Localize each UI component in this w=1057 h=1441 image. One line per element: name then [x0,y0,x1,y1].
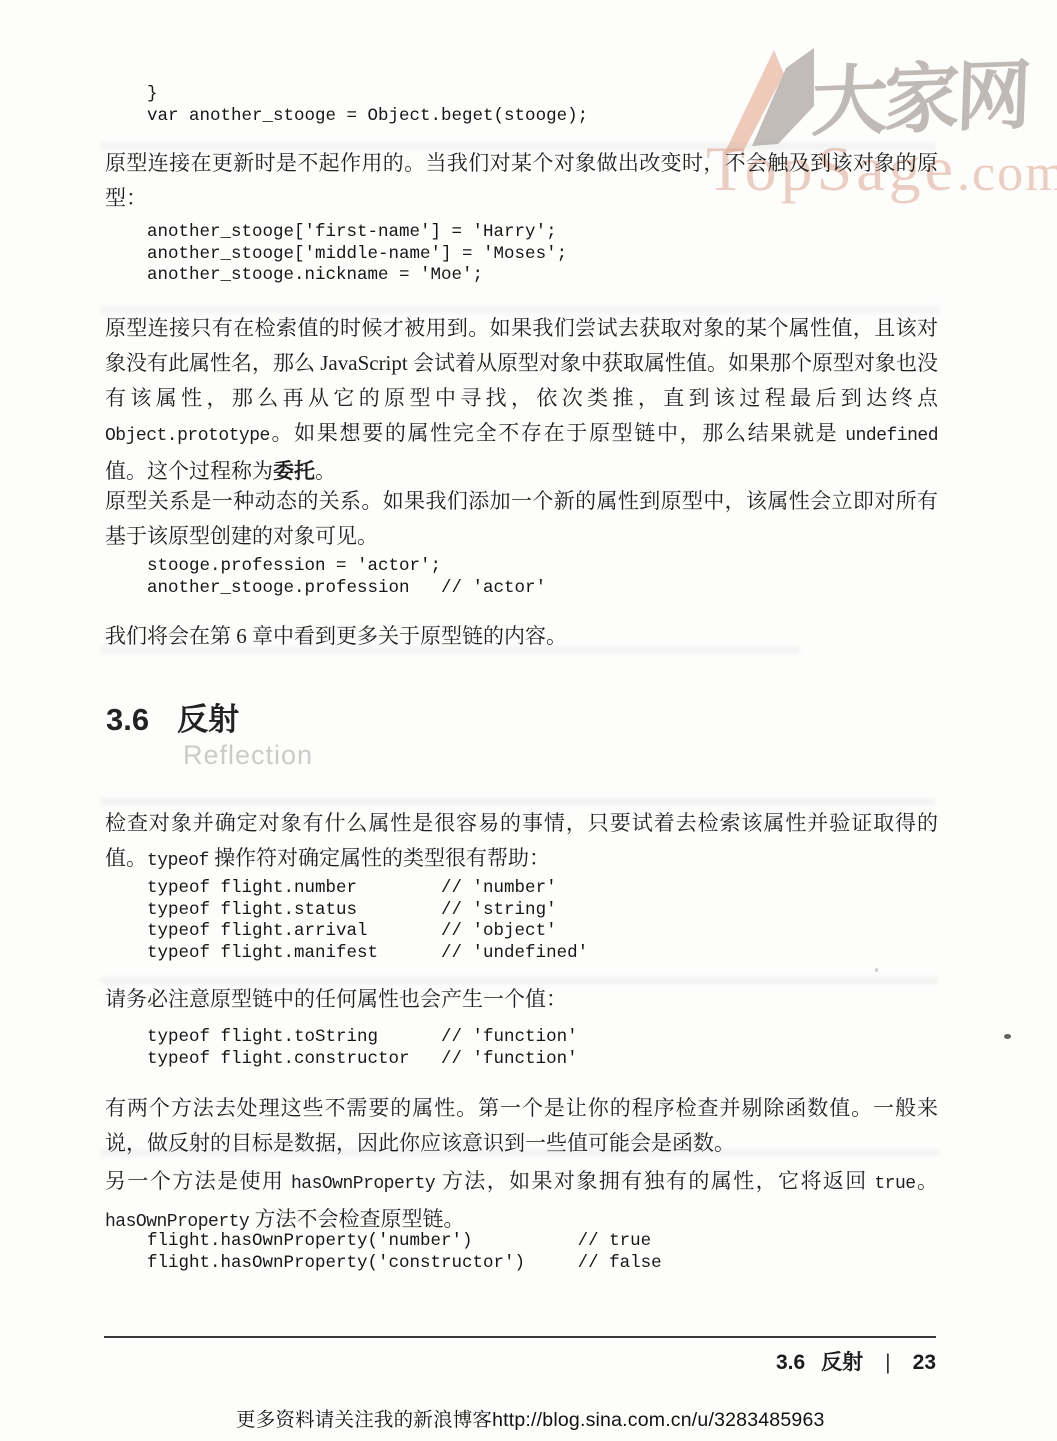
inline-code: true [874,1174,915,1194]
paragraph-chapter6-note: 我们将会在第 6 章中看到更多关于原型链的内容。 [105,619,938,654]
scan-streak [100,798,935,805]
code-block-hasownproperty: flight.hasOwnProperty('number') // true … [147,1231,662,1274]
code-block-profession: stooge.profession = 'actor'; another_sto… [147,556,546,599]
bold-term: 委托 [273,459,315,483]
code-block-typeof-props: typeof flight.number // 'number' typeof … [147,878,588,964]
text-run: 操作符对确定属性的类型很有帮助： [209,846,550,870]
text-run: 原型连接只有在检索值的时候才被用到。如果我们尝试去获取对象的某个属性值，且该对象… [105,316,938,410]
text-run: 。 [315,459,336,483]
inline-code: hasOwnProperty [291,1174,435,1194]
text-run: 值。这个过程称为 [105,459,273,483]
section-subtitle: Reflection [183,740,313,771]
paragraph-prototype-update: 原型连接在更新时是不起作用的。当我们对某个对象做出改变时，不会触及到该对象的原型… [105,146,938,216]
section-title: 反射 [177,694,239,739]
section-number: 3.6 [106,702,149,738]
paragraph-prototype-lookup: 原型连接只有在检索值的时候才被用到。如果我们尝试去获取对象的某个属性值，且该对象… [105,311,938,489]
text-run: 。 [916,1169,938,1193]
text-run: 。如果想要的属性完全不存在于原型链中，那么结果就是 [270,421,845,445]
footer-section-number: 3.6 [776,1351,805,1375]
inline-code: Object.prototype [105,426,270,446]
code-block-beget: } var another_stooge = Object.beget(stoo… [147,84,588,127]
inline-code: typeof [147,851,209,871]
paragraph-prototype-chain-note: 请务必注意原型链中的任何属性也会产生一个值： [105,982,938,1017]
paragraph-hasownproperty: 另一个方法是使用 hasOwnProperty 方法，如果对象拥有独有的属性，它… [105,1164,938,1240]
watermark-site-tld: .com [957,145,1057,202]
footer-rule [104,1336,936,1338]
scan-speck [875,968,878,972]
paragraph-dynamic-relation: 原型关系是一种动态的关系。如果我们添加一个新的属性到原型中，该属性会立即对所有基… [105,484,938,554]
blog-note: 更多资料请关注我的新浪博客http://blog.sina.com.cn/u/3… [236,1404,825,1432]
footer-page-number: 23 [913,1351,936,1375]
footer-separator: | [879,1351,896,1375]
book-page: { "watermark": { "brand": "大家网", "site":… [0,0,1057,1441]
scan-speck [1004,1034,1011,1039]
inline-code: undefined [845,426,938,446]
paragraph-reflection-intro: 检查对象并确定对象有什么属性是很容易的事情，只要试着去检索该属性并验证取得的值。… [105,806,938,879]
text-run: 方法不会检查原型链。 [249,1207,464,1231]
footer-section-title: 反射 [821,1346,863,1376]
code-block-stooge-props: another_stooge['first-name'] = 'Harry'; … [147,222,567,287]
page-footer: 3.6 反射 | 23 [776,1346,936,1376]
paragraph-two-methods: 有两个方法去处理这些不需要的属性。第一个是让你的程序检查并剔除函数值。一般来说，… [105,1091,938,1161]
inline-code: hasOwnProperty [105,1212,249,1232]
section-heading: 3.6 反射 [106,694,239,739]
code-block-typeof-proto: typeof flight.toString // 'function' typ… [147,1027,578,1070]
text-run: 方法，如果对象拥有独有的属性，它将返回 [435,1169,874,1193]
text-run: 另一个方法是使用 [105,1169,291,1193]
